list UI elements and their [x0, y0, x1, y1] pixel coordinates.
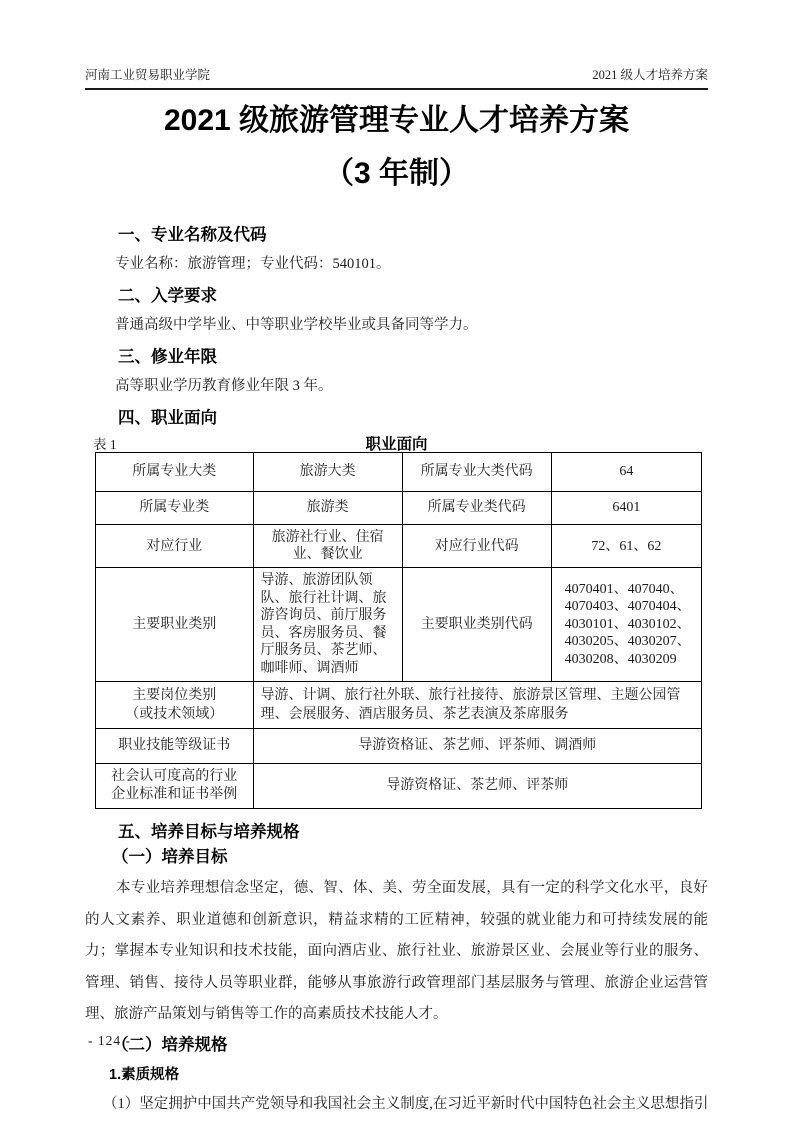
- table-row-occupation: 主要职业类别 导游、旅游团队领队、旅行社计调、旅游咨询员、前厅服务员、客房服务员…: [96, 568, 702, 682]
- header-doc-name: 2021 级人才培养方案: [592, 68, 708, 83]
- cell-major-class-code-value: 64: [551, 453, 701, 492]
- cell-major-type-label: 所属专业类: [96, 492, 254, 525]
- section-heading-major-name: 一、专业名称及代码: [85, 224, 708, 246]
- cell-major-type-code-value: 6401: [551, 492, 701, 525]
- section-body-study-duration: 高等职业学历教育修业年限 3 年。: [85, 376, 708, 396]
- page-number: - 124 -: [88, 1033, 131, 1049]
- table-row-certificate: 职业技能等级证书 导游资格证、茶艺师、评茶师、调酒师: [96, 729, 702, 764]
- cell-occupation-code-value: 4070401、407040、4070403、4070404、4030101、4…: [551, 568, 701, 682]
- cell-major-type-value: 旅游类: [253, 492, 402, 525]
- page-header: 河南工业贸易职业学院 2021 级人才培养方案: [85, 0, 708, 90]
- section-heading-training-goal: 五、培养目标与培养规格: [85, 821, 708, 843]
- cell-certificate-label: 职业技能等级证书: [96, 729, 254, 764]
- cell-occupation-value: 导游、旅游团队领队、旅行社计调、旅游咨询员、前厅服务员、客房服务员、餐厅服务员、…: [253, 568, 402, 682]
- table-caption: 职业面向: [85, 432, 708, 454]
- header-school-name: 河南工业贸易职业学院: [85, 68, 210, 83]
- section-heading-entry-requirement: 二、入学要求: [85, 285, 708, 307]
- table-row-major-class: 所属专业大类 旅游大类 所属专业大类代码 64: [96, 453, 702, 492]
- cell-post-label: 主要岗位类别 （或技术领域）: [96, 682, 254, 729]
- page-subtitle: （3 年制）: [0, 157, 793, 191]
- quality-spec-item-1: （1）坚定拥护中国共产党领导和我国社会主义制度,在习近平新时代中国特色社会主义思…: [85, 1094, 708, 1114]
- table-row-industry: 对应行业 旅游社行业、住宿业、餐饮业 对应行业代码 72、61、62: [96, 525, 702, 568]
- career-orientation-table: 所属专业大类 旅游大类 所属专业大类代码 64 所属专业类 旅游类 所属专业类代…: [95, 452, 702, 809]
- cell-industry-value: 旅游社行业、住宿业、餐饮业: [253, 525, 402, 568]
- cell-major-class-value: 旅游大类: [253, 453, 402, 492]
- section-body-major-name: 专业名称：旅游管理；专业代码：540101。: [85, 254, 708, 274]
- table-caption-row: 表 1 职业面向: [85, 432, 708, 451]
- training-goal-paragraph: 本专业培养理想信念坚定，德、智、体、美、劳全面发展，具有一定的科学文化水平，良好…: [85, 873, 708, 1031]
- cell-occupation-label: 主要职业类别: [96, 568, 254, 682]
- subsection-heading-spec: （二）培养规格: [85, 1034, 708, 1056]
- quality-spec-heading: 1.素质规格: [85, 1066, 708, 1085]
- cell-post-value: 导游、计调、旅行社外联、旅行社接待、旅游景区管理、主题公园管理、会展服务、酒店服…: [253, 682, 701, 729]
- section-body-entry-requirement: 普通高级中学毕业、中等职业学校毕业或具备同等学力。: [85, 315, 708, 335]
- cell-standard-label: 社会认可度高的行业 企业标准和证书举例: [96, 764, 254, 809]
- cell-industry-code-value: 72、61、62: [551, 525, 701, 568]
- cell-occupation-code-label: 主要职业类别代码: [402, 568, 551, 682]
- document-body: 一、专业名称及代码 专业名称：旅游管理；专业代码：540101。 二、入学要求 …: [85, 224, 708, 1114]
- cell-industry-code-label: 对应行业代码: [402, 525, 551, 568]
- section-heading-study-duration: 三、修业年限: [85, 346, 708, 368]
- subsection-heading-goal: （一）培养目标: [85, 846, 708, 868]
- table-row-post: 主要岗位类别 （或技术领域） 导游、计调、旅行社外联、旅行社接待、旅游景区管理、…: [96, 682, 702, 729]
- document-page: 河南工业贸易职业学院 2021 级人才培养方案 2021 级旅游管理专业人才培养…: [0, 0, 793, 1122]
- cell-major-class-code-label: 所属专业大类代码: [402, 453, 551, 492]
- cell-major-class-label: 所属专业大类: [96, 453, 254, 492]
- cell-major-type-code-label: 所属专业类代码: [402, 492, 551, 525]
- cell-standard-value: 导游资格证、茶艺师、评茶师: [253, 764, 701, 809]
- section-heading-career-orientation: 四、职业面向: [85, 407, 708, 429]
- cell-certificate-value: 导游资格证、茶艺师、评茶师、调酒师: [253, 729, 701, 764]
- table-row-major-type: 所属专业类 旅游类 所属专业类代码 6401: [96, 492, 702, 525]
- table-row-standard: 社会认可度高的行业 企业标准和证书举例 导游资格证、茶艺师、评茶师: [96, 764, 702, 809]
- cell-industry-label: 对应行业: [96, 525, 254, 568]
- page-title: 2021 级旅游管理专业人才培养方案: [0, 104, 793, 138]
